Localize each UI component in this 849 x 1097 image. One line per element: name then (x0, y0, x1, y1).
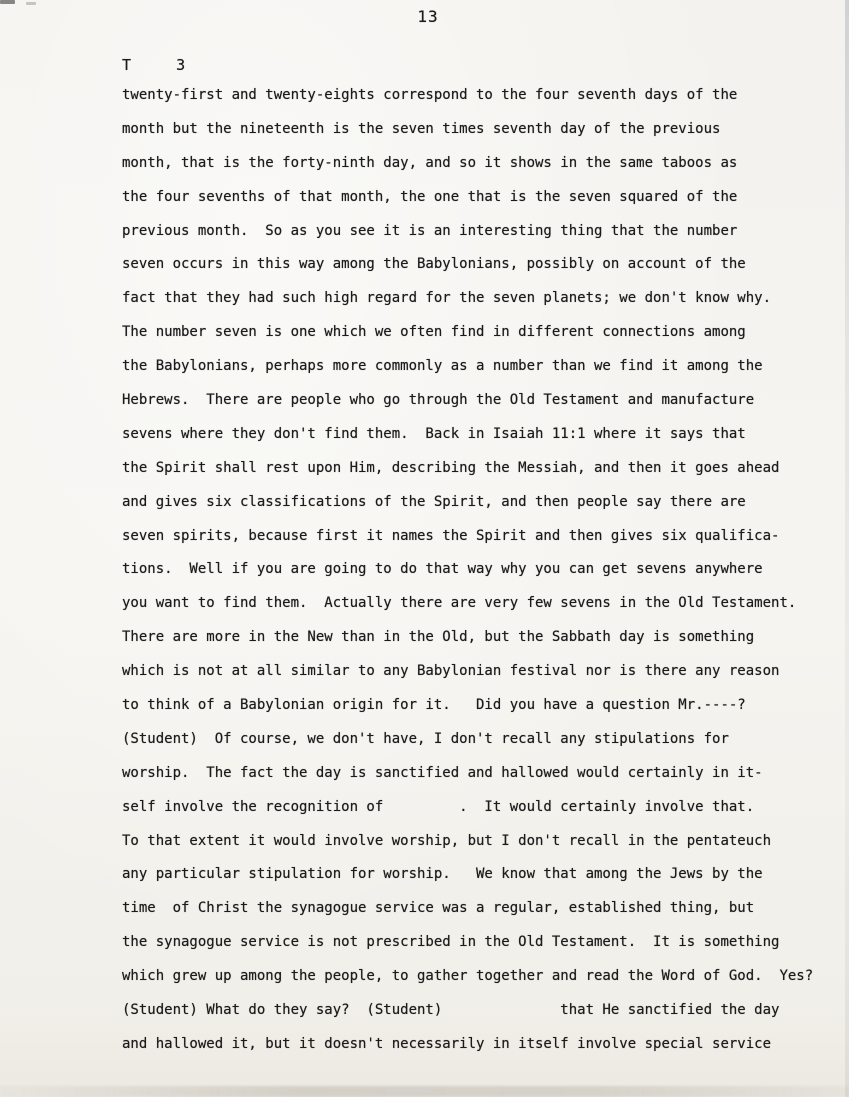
text-line: previous month. So as you see it is an i… (122, 215, 832, 249)
text-line: seven spirits, because first it names th… (122, 520, 832, 554)
text-line: Hebrews. There are people who go through… (122, 384, 832, 418)
scan-edge-right (845, 0, 849, 1097)
text-line: There are more in the New than in the Ol… (122, 621, 832, 655)
text-line: (Student) Of course, we don't have, I do… (122, 723, 832, 757)
scan-speck (26, 2, 36, 5)
text-line: month, that is the forty-ninth day, and … (122, 147, 832, 181)
text-line: To that extent it would involve worship,… (122, 825, 832, 859)
text-line: to think of a Babylonian origin for it. … (122, 689, 832, 723)
section-heading: T 3 (122, 56, 185, 74)
text-line: the Babylonians, perhaps more commonly a… (122, 350, 832, 384)
text-line: and hallowed it, but it doesn't necessar… (122, 1028, 832, 1062)
text-line: tions. Well if you are going to do that … (122, 553, 832, 587)
text-line: self involve the recognition of . It wou… (122, 791, 832, 825)
text-line: The number seven is one which we often f… (122, 316, 832, 350)
document-page: 13 T 3 twenty-first and twenty-eights co… (0, 0, 849, 1097)
scan-corner-mark (0, 0, 15, 4)
text-line: time of Christ the synagogue service was… (122, 892, 832, 926)
text-line: any particular stipulation for worship. … (122, 858, 832, 892)
text-line: which is not at all similar to any Babyl… (122, 655, 832, 689)
page-number: 13 (0, 7, 849, 26)
text-line: which grew up among the people, to gathe… (122, 960, 832, 994)
text-line: twenty-first and twenty-eights correspon… (122, 79, 832, 113)
text-line: month but the nineteenth is the seven ti… (122, 113, 832, 147)
text-line: you want to find them. Actually there ar… (122, 587, 832, 621)
text-line: the Spirit shall rest upon Him, describi… (122, 452, 832, 486)
text-line: worship. The fact the day is sanctified … (122, 757, 832, 791)
text-line: (Student) What do they say? (Student) th… (122, 994, 832, 1028)
text-line: fact that they had such high regard for … (122, 282, 832, 316)
body-text: twenty-first and twenty-eights correspon… (122, 79, 832, 1062)
text-line: the four sevenths of that month, the one… (122, 181, 832, 215)
text-line: sevens where they don't find them. Back … (122, 418, 832, 452)
text-line: seven occurs in this way among the Babyl… (122, 248, 832, 282)
text-line: the synagogue service is not prescribed … (122, 926, 832, 960)
text-line: and gives six classifications of the Spi… (122, 486, 832, 520)
scan-edge-bottom (0, 1086, 849, 1097)
